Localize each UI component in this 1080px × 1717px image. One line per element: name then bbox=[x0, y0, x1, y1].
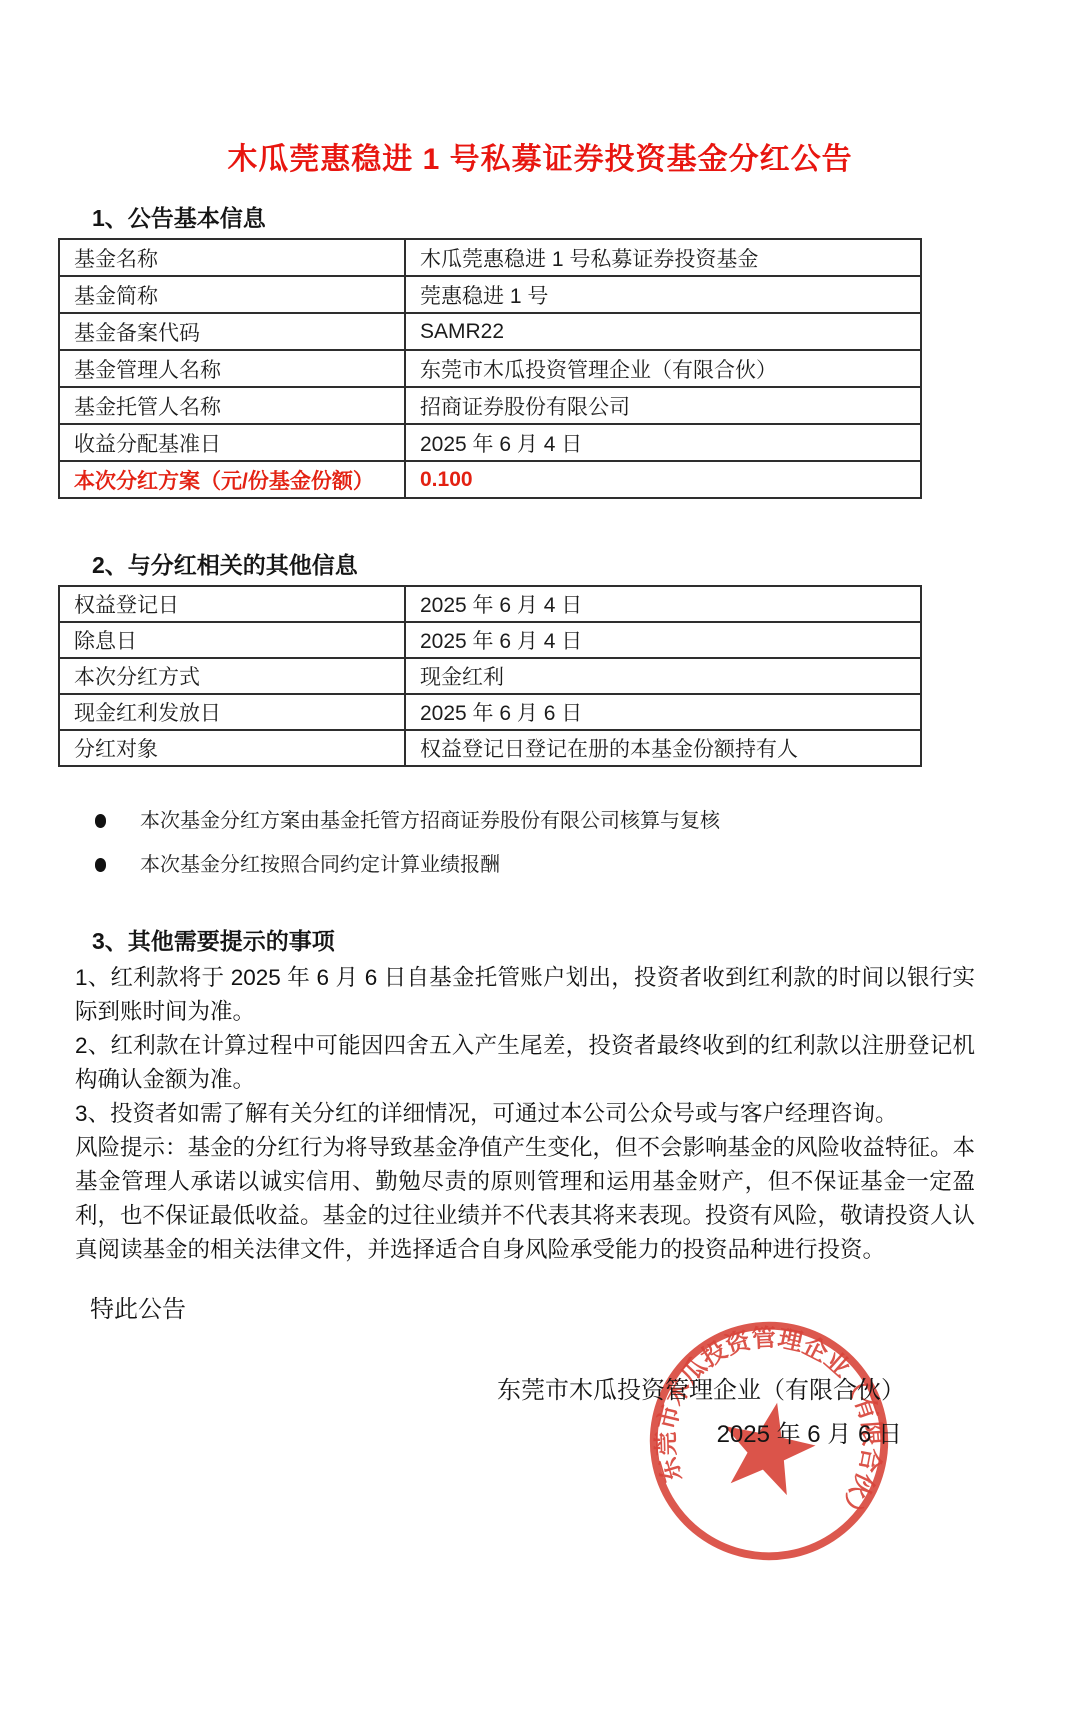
bullet-text: 本次基金分红方案由基金托管方招商证券股份有限公司核算与复核 bbox=[140, 807, 720, 835]
table-row: 现金红利发放日 2025 年 6 月 6 日 bbox=[59, 694, 921, 730]
row-label-cell: 基金备案代码 bbox=[59, 313, 405, 350]
row-label-cell: 权益登记日 bbox=[59, 586, 405, 622]
notes-block: 1、红利款将于 2025 年 6 月 6 日自基金托管账户划出，投资者收到红利款… bbox=[75, 961, 975, 1267]
row-value-cell: 2025 年 6 月 6 日 bbox=[405, 694, 921, 730]
dividend-info-table: 权益登记日 2025 年 6 月 4 日 除息日 2025 年 6 月 4 日 … bbox=[58, 585, 922, 767]
row-label-cell: 基金名称 bbox=[59, 239, 405, 276]
row-label-cell: 现金红利发放日 bbox=[59, 694, 405, 730]
table-row: 除息日 2025 年 6 月 4 日 bbox=[59, 622, 921, 658]
bullet-item: 本次基金分红方案由基金托管方招商证券股份有限公司核算与复核 bbox=[95, 807, 1080, 835]
table-row: 本次分红方式 现金红利 bbox=[59, 658, 921, 694]
section2-heading: 2、与分红相关的其他信息 bbox=[92, 551, 1080, 579]
table-row: 基金管理人名称 东莞市木瓜投资管理企业（有限合伙） bbox=[59, 350, 921, 387]
row-value-cell: 招商证券股份有限公司 bbox=[405, 387, 921, 424]
bullet-item: 本次基金分红按照合同约定计算业绩报酬 bbox=[95, 851, 1080, 879]
bullet-dot-icon bbox=[95, 858, 106, 872]
row-label-cell: 基金简称 bbox=[59, 276, 405, 313]
row-label-cell: 本次分红方式 bbox=[59, 658, 405, 694]
table-row: 基金简称 莞惠稳进 1 号 bbox=[59, 276, 921, 313]
table-row: 基金托管人名称 招商证券股份有限公司 bbox=[59, 387, 921, 424]
document-page: 木瓜莞惠稳进 1 号私募证券投资基金分红公告 1、公告基本信息 基金名称 木瓜莞… bbox=[0, 0, 1080, 1717]
row-label-cell: 基金托管人名称 bbox=[59, 387, 405, 424]
row-value-cell: 0.100 bbox=[405, 461, 921, 498]
section3-heading: 3、其他需要提示的事项 bbox=[92, 927, 1080, 955]
note-paragraph: 3、投资者如需了解有关分红的详细情况，可通过本公司公众号或与客户经理咨询。 bbox=[75, 1097, 975, 1131]
table-row: 收益分配基准日 2025 年 6 月 4 日 bbox=[59, 424, 921, 461]
row-label-cell: 基金管理人名称 bbox=[59, 350, 405, 387]
signature-date: 2025 年 6 月 6 日 bbox=[717, 1414, 902, 1449]
basic-info-table: 基金名称 木瓜莞惠稳进 1 号私募证券投资基金 基金简称 莞惠稳进 1 号 基金… bbox=[58, 238, 922, 499]
row-value-cell: 2025 年 6 月 4 日 bbox=[405, 424, 921, 461]
row-label-cell: 本次分红方案（元/份基金份额） bbox=[59, 461, 405, 498]
closing-text: 特此公告 bbox=[90, 1289, 1080, 1324]
row-value-cell: 权益登记日登记在册的本基金份额持有人 bbox=[405, 730, 921, 766]
table-row: 基金名称 木瓜莞惠稳进 1 号私募证券投资基金 bbox=[59, 239, 921, 276]
row-label-cell: 收益分配基准日 bbox=[59, 424, 405, 461]
row-value-cell: 2025 年 6 月 4 日 bbox=[405, 586, 921, 622]
dividend-plan-row: 本次分红方案（元/份基金份额） 0.100 bbox=[59, 461, 921, 498]
row-label-cell: 分红对象 bbox=[59, 730, 405, 766]
signature-company: 东莞市木瓜投资管理企业（有限合伙） bbox=[497, 1370, 905, 1405]
row-value-cell: SAMR22 bbox=[405, 313, 921, 350]
section1-heading: 1、公告基本信息 bbox=[92, 204, 1080, 232]
table-row: 权益登记日 2025 年 6 月 4 日 bbox=[59, 586, 921, 622]
row-value-cell: 2025 年 6 月 4 日 bbox=[405, 622, 921, 658]
bullet-list: 本次基金分红方案由基金托管方招商证券股份有限公司核算与复核 本次基金分红按照合同… bbox=[95, 807, 1080, 879]
row-label-cell: 除息日 bbox=[59, 622, 405, 658]
bullet-dot-icon bbox=[95, 814, 106, 828]
row-value-cell: 东莞市木瓜投资管理企业（有限合伙） bbox=[405, 350, 921, 387]
note-paragraph: 1、红利款将于 2025 年 6 月 6 日自基金托管账户划出，投资者收到红利款… bbox=[75, 961, 975, 1029]
note-paragraph: 2、红利款在计算过程中可能因四舍五入产生尾差，投资者最终收到的红利款以注册登记机… bbox=[75, 1029, 975, 1097]
document-title: 木瓜莞惠稳进 1 号私募证券投资基金分红公告 bbox=[0, 0, 1080, 178]
row-value-cell: 木瓜莞惠稳进 1 号私募证券投资基金 bbox=[405, 239, 921, 276]
table-row: 分红对象 权益登记日登记在册的本基金份额持有人 bbox=[59, 730, 921, 766]
row-value-cell: 莞惠稳进 1 号 bbox=[405, 276, 921, 313]
row-value-cell: 现金红利 bbox=[405, 658, 921, 694]
table-row: 基金备案代码 SAMR22 bbox=[59, 313, 921, 350]
risk-warning-paragraph: 风险提示：基金的分红行为将导致基金净值产生变化，但不会影响基金的风险收益特征。本… bbox=[75, 1131, 975, 1267]
bullet-text: 本次基金分红按照合同约定计算业绩报酬 bbox=[140, 851, 500, 879]
